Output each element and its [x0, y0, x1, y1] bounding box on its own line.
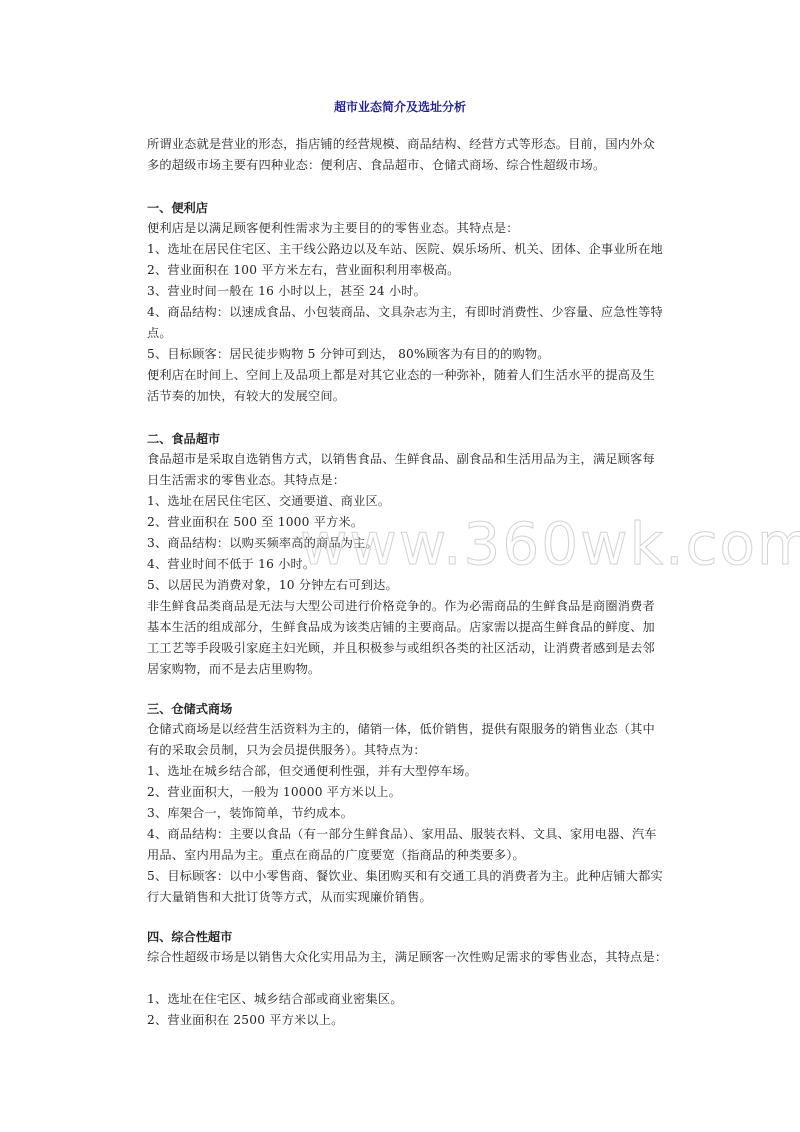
section-line: 日生活需求的零售业态。其特点是： [147, 473, 667, 487]
section-line: 5、目标顾客：居民徒步购物 5 分钟可到达， 80%顾客为有目的的购物。 [147, 347, 667, 361]
section-line: 用品、室内用品为主。重点在商品的广度要宽（指商品的种类要多）。 [147, 848, 667, 862]
section-line: 便利店在时间上、空间上及品项上都是对其它业态的一种弥补，随着人们生活水平的提高及… [147, 368, 667, 382]
section-line: 工工艺等手段吸引家庭主妇光顾，并且积极参与或组织各类的社区活动，让消费者感到是去… [147, 641, 667, 655]
section-line: 2、营业面积在 500 至 1000 平方米。 [147, 515, 667, 529]
section-heading-food-supermarket: 二、食品超市 [147, 432, 220, 446]
document-title: 超市业态简介及选址分析 [0, 98, 800, 115]
section-line: 有的采取会员制，只为会员提供服务）。其特点为： [147, 743, 667, 757]
section-line: 2、营业面积在 2500 平方米以上。 [147, 1013, 667, 1027]
section-line: 居家购物，而不是去店里购物。 [147, 662, 667, 676]
section-line: 行大量销售和大批订货等方式，从而实现廉价销售。 [147, 890, 667, 904]
section-line: 1、选址在城乡结合部，但交通便利性强，并有大型停车场。 [147, 764, 667, 778]
section-line: 5、目标顾客：以中小零售商、餐饮业、集团购买和有交通工具的消费者为主。此种店铺大… [147, 869, 667, 883]
section-line: 4、商品结构：以速成食品、小包装商品、文具杂志为主，有即时消费性、少容量、应急性… [147, 305, 667, 319]
section-line: 1、选址在居民住宅区、主干线公路边以及车站、医院、娱乐场所、机关、团体、企事业所… [147, 242, 667, 256]
section-line: 1、选址在住宅区、城乡结合部或商业密集区。 [147, 992, 667, 1006]
section-line: 仓储式商场是以经营生活资料为主的，储销一体，低价销售，提供有限服务的销售业态（其… [147, 722, 667, 736]
section-line: 基本生活的组成部分，生鲜食品成为该类店铺的主要商品。店家需以提高生鲜食品的鲜度、… [147, 620, 667, 634]
section-line: 5、以居民为消费对象，10 分钟左右可到达。 [147, 578, 667, 592]
section-line: 2、营业面积在 100 平方米左右，营业面积利用率极高。 [147, 263, 667, 277]
intro-line: 所谓业态就是营业的形态，指店铺的经营规模、商品结构、经营方式等形态。目前，国内外… [147, 137, 667, 151]
intro-line: 多的超级市场主要有四种业态：便利店、食品超市、仓储式商场、综合性超级市场。 [147, 158, 667, 172]
document-page: 超市业态简介及选址分析 所谓业态就是营业的形态，指店铺的经营规模、商品结构、经营… [0, 0, 800, 1132]
section-line: 4、商品结构：主要以食品（有一部分生鲜食品）、家用品、服装衣料、文具、家用电器、… [147, 827, 667, 841]
section-line: 3、营业时间一般在 16 小时以上，甚至 24 小时。 [147, 284, 667, 298]
section-line: 2、营业面积大，一般为 10000 平方米以上。 [147, 785, 667, 799]
section-line: 综合性超级市场是以销售大众化实用品为主，满足顾客一次性购足需求的零售业态，其特点… [147, 950, 667, 964]
section-line: 4、营业时间不低于 16 小时。 [147, 557, 667, 571]
section-line: 3、商品结构：以购买频率高的商品为主。 [147, 536, 667, 550]
section-heading-convenience-store: 一、便利店 [147, 201, 208, 215]
section-line: 1、选址在居民住宅区、交通要道、商业区。 [147, 494, 667, 508]
section-line: 活节奏的加快，有较大的发展空间。 [147, 389, 667, 403]
section-line: 便利店是以满足顾客便利性需求为主要目的的零售业态。其特点是： [147, 221, 667, 235]
section-line: 食品超市是采取自选销售方式，以销售食品、生鲜食品、副食品和生活用品为主，满足顾客… [147, 452, 667, 466]
section-line: 点。 [147, 326, 667, 340]
section-line: 3、库架合一，装饰简单，节约成本。 [147, 806, 667, 820]
section-heading-warehouse-store: 三、仓储式商场 [147, 702, 232, 716]
section-heading-hypermarket: 四、综合性超市 [147, 930, 232, 944]
section-line: 非生鲜食品类商品是无法与大型公司进行价格竞争的。作为必需商品的生鲜食品是商圈消费… [147, 599, 667, 613]
